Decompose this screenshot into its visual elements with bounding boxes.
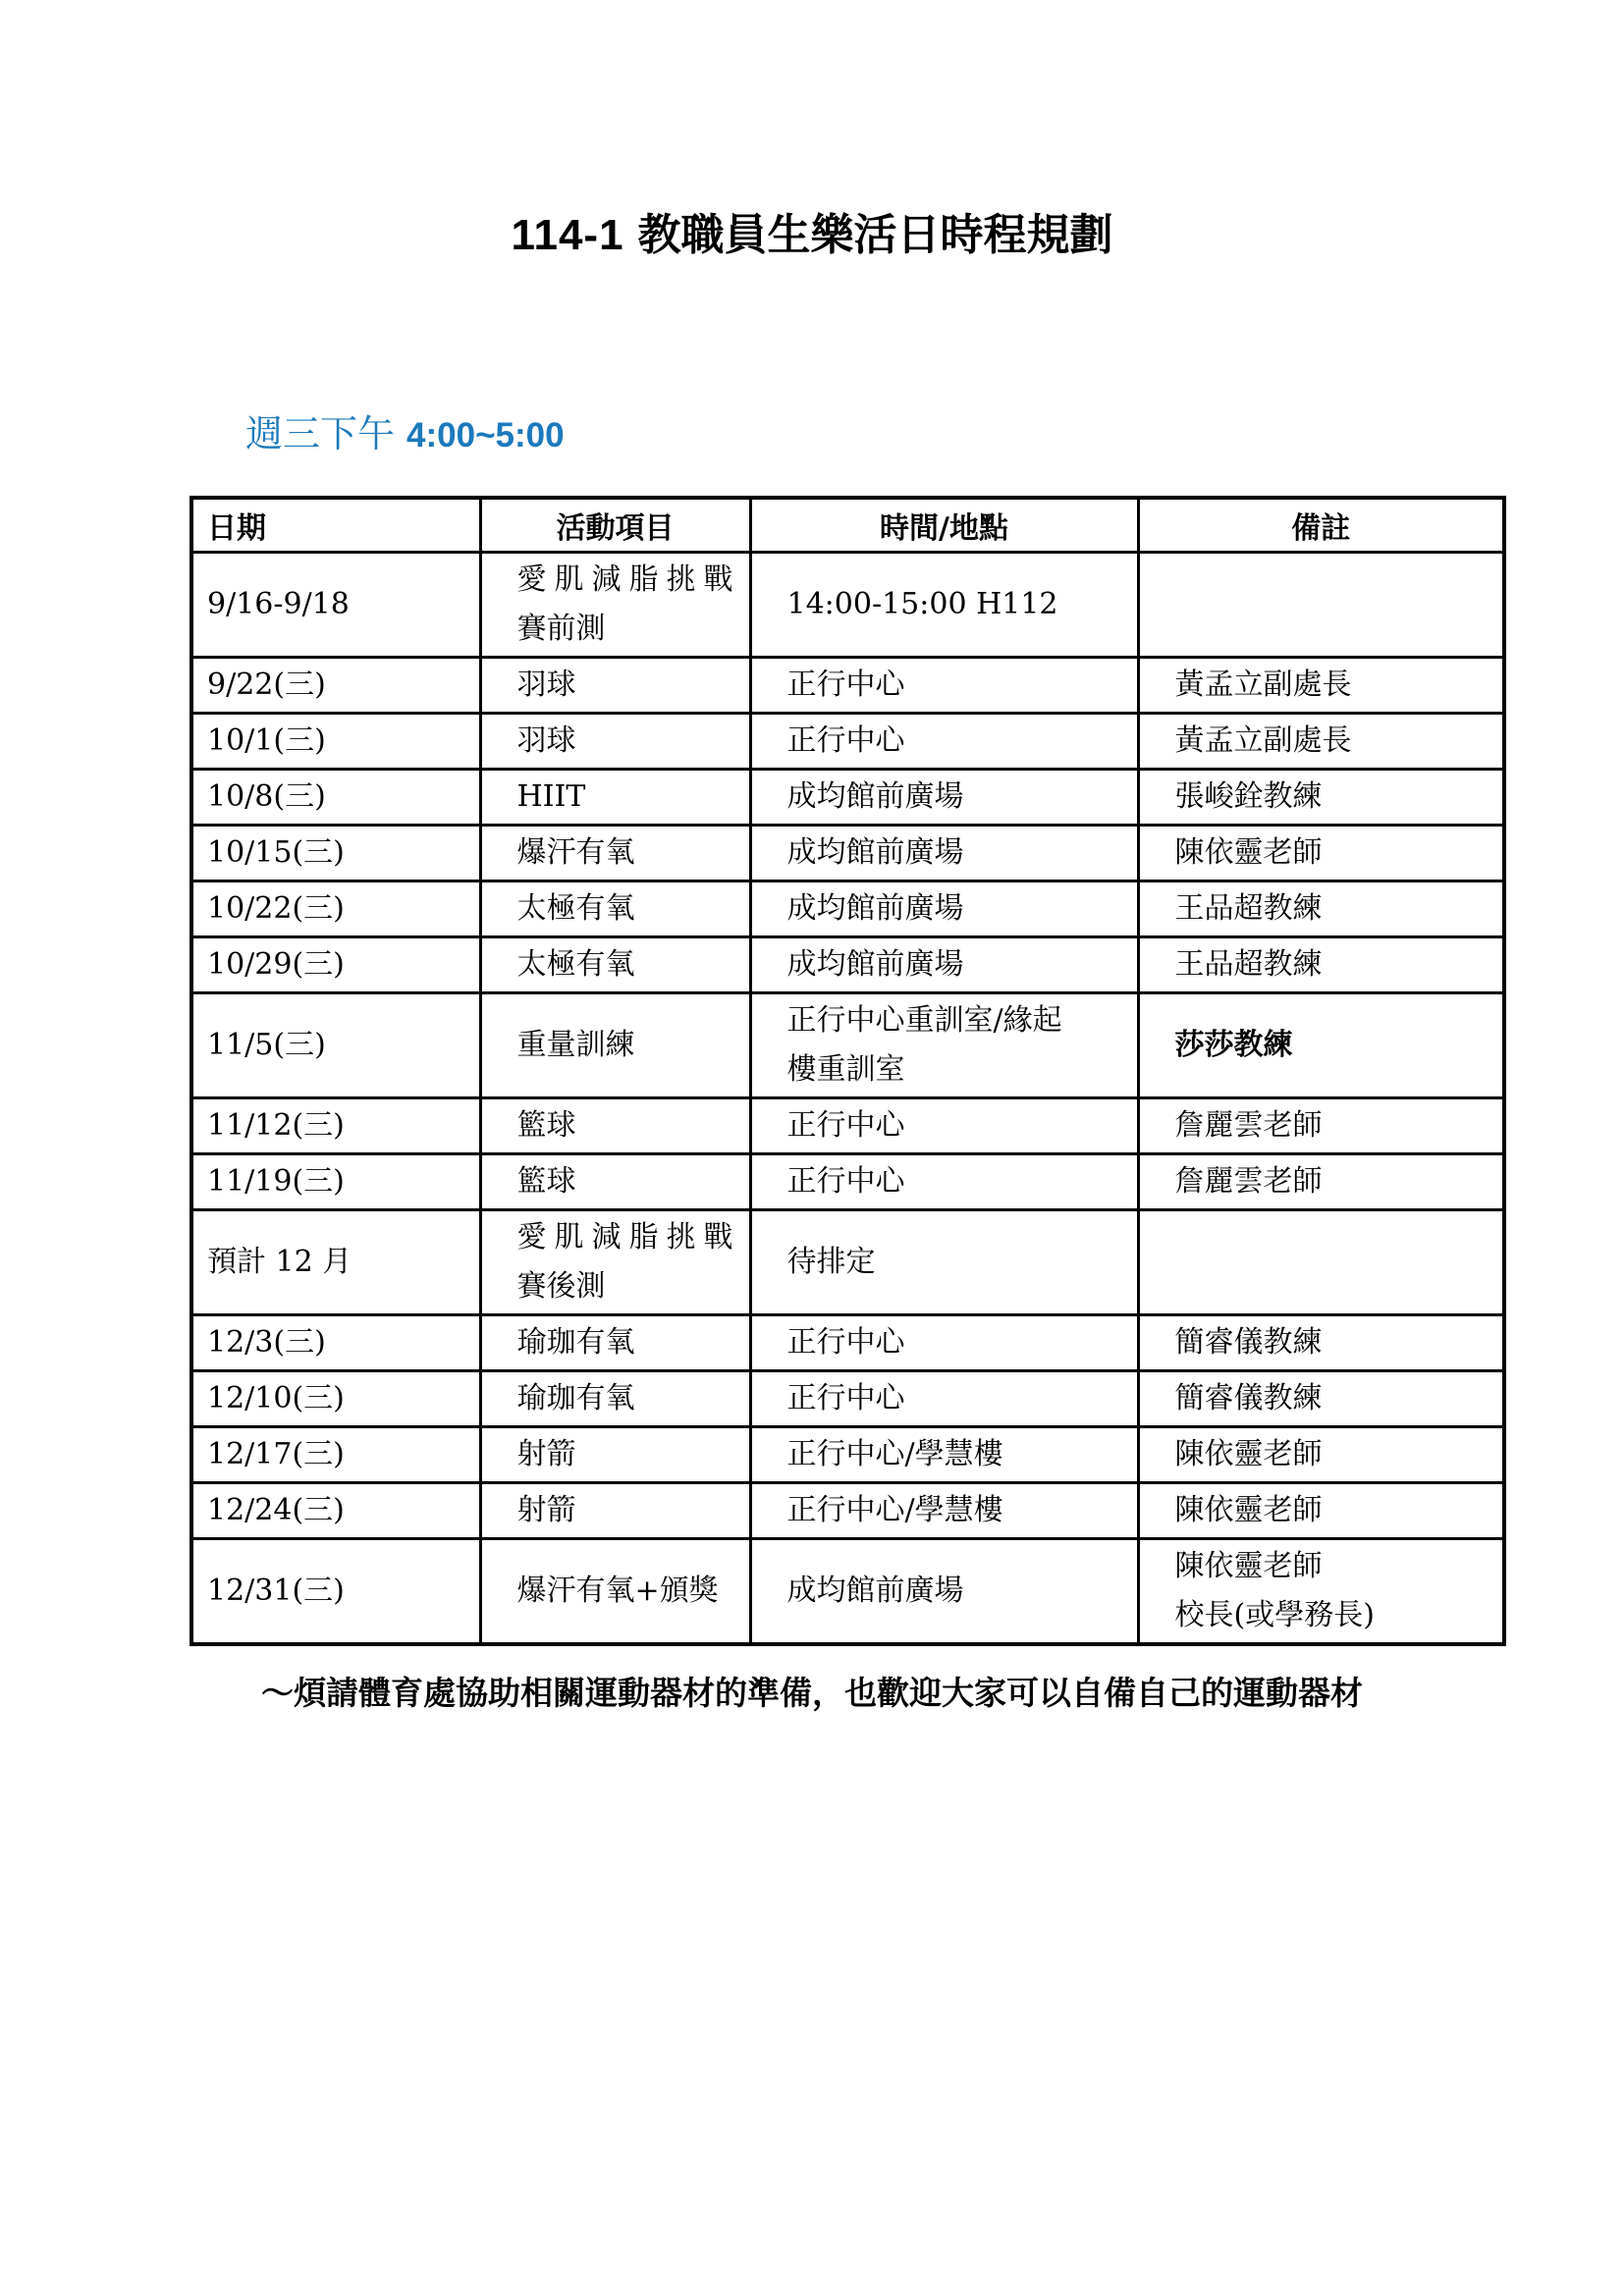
cell-note: 陳依靈老師 bbox=[1138, 1483, 1504, 1539]
table-row: 10/29(三)太極有氧成均館前廣場王品超教練 bbox=[191, 937, 1504, 993]
cell-date: 10/22(三) bbox=[191, 881, 480, 937]
footer-note: ～煩請體育處協助相關運動器材的準備，也歡迎大家可以自備自己的運動器材 bbox=[0, 1673, 1624, 1715]
cell-note: 陳依靈老師 bbox=[1138, 1427, 1504, 1483]
cell-time-location: 成均館前廣場 bbox=[750, 826, 1138, 881]
cell-time-location: 正行中心 bbox=[750, 1098, 1138, 1154]
cell-note: 王品超教練 bbox=[1138, 881, 1504, 937]
cell-activity: 爆汗有氧 bbox=[480, 826, 750, 881]
cell-time-location: 正行中心 bbox=[750, 658, 1138, 714]
cell-activity: 愛肌減脂挑戰賽後測 bbox=[480, 1210, 750, 1315]
cell-time-location: 14:00-15:00 H112 bbox=[750, 553, 1138, 658]
cell-time-location: 正行中心 bbox=[750, 714, 1138, 770]
table-row: 10/1(三)羽球正行中心黃孟立副處長 bbox=[191, 714, 1504, 770]
cell-date: 預計 12 月 bbox=[191, 1210, 480, 1315]
table-row: 12/3(三)瑜珈有氧正行中心簡睿儀教練 bbox=[191, 1315, 1504, 1371]
table-row: 預計 12 月愛肌減脂挑戰賽後測待排定 bbox=[191, 1210, 1504, 1315]
cell-date: 12/10(三) bbox=[191, 1371, 480, 1427]
cell-activity: 瑜珈有氧 bbox=[480, 1315, 750, 1371]
document-page: 114-1教職員生樂活日時程規劃 週三下午4:00~5:00 日期活動項目時間/… bbox=[0, 0, 1624, 2296]
table-row: 12/31(三)爆汗有氧+頒獎成均館前廣場陳依靈老師校長(或學務長) bbox=[191, 1539, 1504, 1645]
cell-activity: 羽球 bbox=[480, 714, 750, 770]
cell-activity: 籃球 bbox=[480, 1098, 750, 1154]
cell-activity: 瑜珈有氧 bbox=[480, 1371, 750, 1427]
table-row: 11/12(三)籃球正行中心詹麗雲老師 bbox=[191, 1098, 1504, 1154]
subtitle-weekday: 週三下午 bbox=[245, 412, 395, 455]
cell-time-location: 成均館前廣場 bbox=[750, 937, 1138, 993]
cell-note: 王品超教練 bbox=[1138, 937, 1504, 993]
cell-time-location: 正行中心/學慧樓 bbox=[750, 1483, 1138, 1539]
cell-note: 張峻銓教練 bbox=[1138, 770, 1504, 826]
schedule-subtitle: 週三下午4:00~5:00 bbox=[245, 412, 565, 457]
cell-date: 11/19(三) bbox=[191, 1154, 480, 1210]
cell-note bbox=[1138, 1210, 1504, 1315]
cell-time-location: 成均館前廣場 bbox=[750, 881, 1138, 937]
cell-activity: 羽球 bbox=[480, 658, 750, 714]
cell-activity: 射箭 bbox=[480, 1483, 750, 1539]
table-row: 9/22(三)羽球正行中心黃孟立副處長 bbox=[191, 658, 1504, 714]
table-row: 12/17(三)射箭正行中心/學慧樓陳依靈老師 bbox=[191, 1427, 1504, 1483]
cell-time-location: 正行中心 bbox=[750, 1154, 1138, 1210]
cell-date: 12/31(三) bbox=[191, 1539, 480, 1645]
cell-time-location: 正行中心 bbox=[750, 1315, 1138, 1371]
page-title: 114-1教職員生樂活日時程規劃 bbox=[0, 210, 1624, 262]
cell-date: 10/29(三) bbox=[191, 937, 480, 993]
cell-date: 12/24(三) bbox=[191, 1483, 480, 1539]
cell-note: 陳依靈老師 bbox=[1138, 826, 1504, 881]
cell-date: 11/12(三) bbox=[191, 1098, 480, 1154]
cell-note: 陳依靈老師校長(或學務長) bbox=[1138, 1539, 1504, 1645]
table-row: 12/10(三)瑜珈有氧正行中心簡睿儀教練 bbox=[191, 1371, 1504, 1427]
cell-time-location: 正行中心 bbox=[750, 1371, 1138, 1427]
cell-date: 9/16-9/18 bbox=[191, 553, 480, 658]
cell-note: 莎莎教練 bbox=[1138, 993, 1504, 1098]
cell-note: 簡睿儀教練 bbox=[1138, 1315, 1504, 1371]
cell-date: 12/17(三) bbox=[191, 1427, 480, 1483]
cell-note: 詹麗雲老師 bbox=[1138, 1098, 1504, 1154]
schedule-table-body: 9/16-9/18愛肌減脂挑戰賽前測14:00-15:00 H1129/22(三… bbox=[191, 553, 1504, 1645]
cell-time-location: 正行中心/學慧樓 bbox=[750, 1427, 1138, 1483]
cell-time-location: 成均館前廣場 bbox=[750, 770, 1138, 826]
table-row: 10/8(三)HIIT成均館前廣場張峻銓教練 bbox=[191, 770, 1504, 826]
cell-activity: 重量訓練 bbox=[480, 993, 750, 1098]
column-header-note: 備註 bbox=[1138, 498, 1504, 553]
cell-note: 黃孟立副處長 bbox=[1138, 714, 1504, 770]
cell-time-location: 成均館前廣場 bbox=[750, 1539, 1138, 1645]
column-header-time-location: 時間/地點 bbox=[750, 498, 1138, 553]
table-row: 12/24(三)射箭正行中心/學慧樓陳依靈老師 bbox=[191, 1483, 1504, 1539]
cell-date: 9/22(三) bbox=[191, 658, 480, 714]
cell-note bbox=[1138, 553, 1504, 658]
cell-activity: 射箭 bbox=[480, 1427, 750, 1483]
cell-note: 黃孟立副處長 bbox=[1138, 658, 1504, 714]
table-row: 11/5(三)重量訓練正行中心重訓室/緣起樓重訓室莎莎教練 bbox=[191, 993, 1504, 1098]
schedule-table-container: 日期活動項目時間/地點備註 9/16-9/18愛肌減脂挑戰賽前測14:00-15… bbox=[189, 496, 1506, 1646]
table-row: 10/22(三)太極有氧成均館前廣場王品超教練 bbox=[191, 881, 1504, 937]
cell-date: 11/5(三) bbox=[191, 993, 480, 1098]
page-title-prefix: 114-1 bbox=[511, 211, 623, 259]
column-header-date: 日期 bbox=[191, 498, 480, 553]
cell-time-location: 待排定 bbox=[750, 1210, 1138, 1315]
header-row: 日期活動項目時間/地點備註 bbox=[191, 498, 1504, 553]
cell-activity: 太極有氧 bbox=[480, 937, 750, 993]
cell-date: 10/15(三) bbox=[191, 826, 480, 881]
column-header-activity: 活動項目 bbox=[480, 498, 750, 553]
cell-note: 簡睿儀教練 bbox=[1138, 1371, 1504, 1427]
cell-date: 10/8(三) bbox=[191, 770, 480, 826]
cell-activity: 爆汗有氧+頒獎 bbox=[480, 1539, 750, 1645]
cell-time-location: 正行中心重訓室/緣起樓重訓室 bbox=[750, 993, 1138, 1098]
table-row: 9/16-9/18愛肌減脂挑戰賽前測14:00-15:00 H112 bbox=[191, 553, 1504, 658]
table-row: 11/19(三)籃球正行中心詹麗雲老師 bbox=[191, 1154, 1504, 1210]
cell-date: 10/1(三) bbox=[191, 714, 480, 770]
subtitle-time-range: 4:00~5:00 bbox=[406, 416, 565, 454]
schedule-table: 日期活動項目時間/地點備註 9/16-9/18愛肌減脂挑戰賽前測14:00-15… bbox=[189, 496, 1506, 1646]
cell-date: 12/3(三) bbox=[191, 1315, 480, 1371]
cell-activity: 籃球 bbox=[480, 1154, 750, 1210]
cell-activity: 太極有氧 bbox=[480, 881, 750, 937]
page-title-text: 教職員生樂活日時程規劃 bbox=[638, 210, 1113, 260]
cell-activity: HIIT bbox=[480, 770, 750, 826]
cell-note: 詹麗雲老師 bbox=[1138, 1154, 1504, 1210]
table-row: 10/15(三)爆汗有氧成均館前廣場陳依靈老師 bbox=[191, 826, 1504, 881]
cell-activity: 愛肌減脂挑戰賽前測 bbox=[480, 553, 750, 658]
